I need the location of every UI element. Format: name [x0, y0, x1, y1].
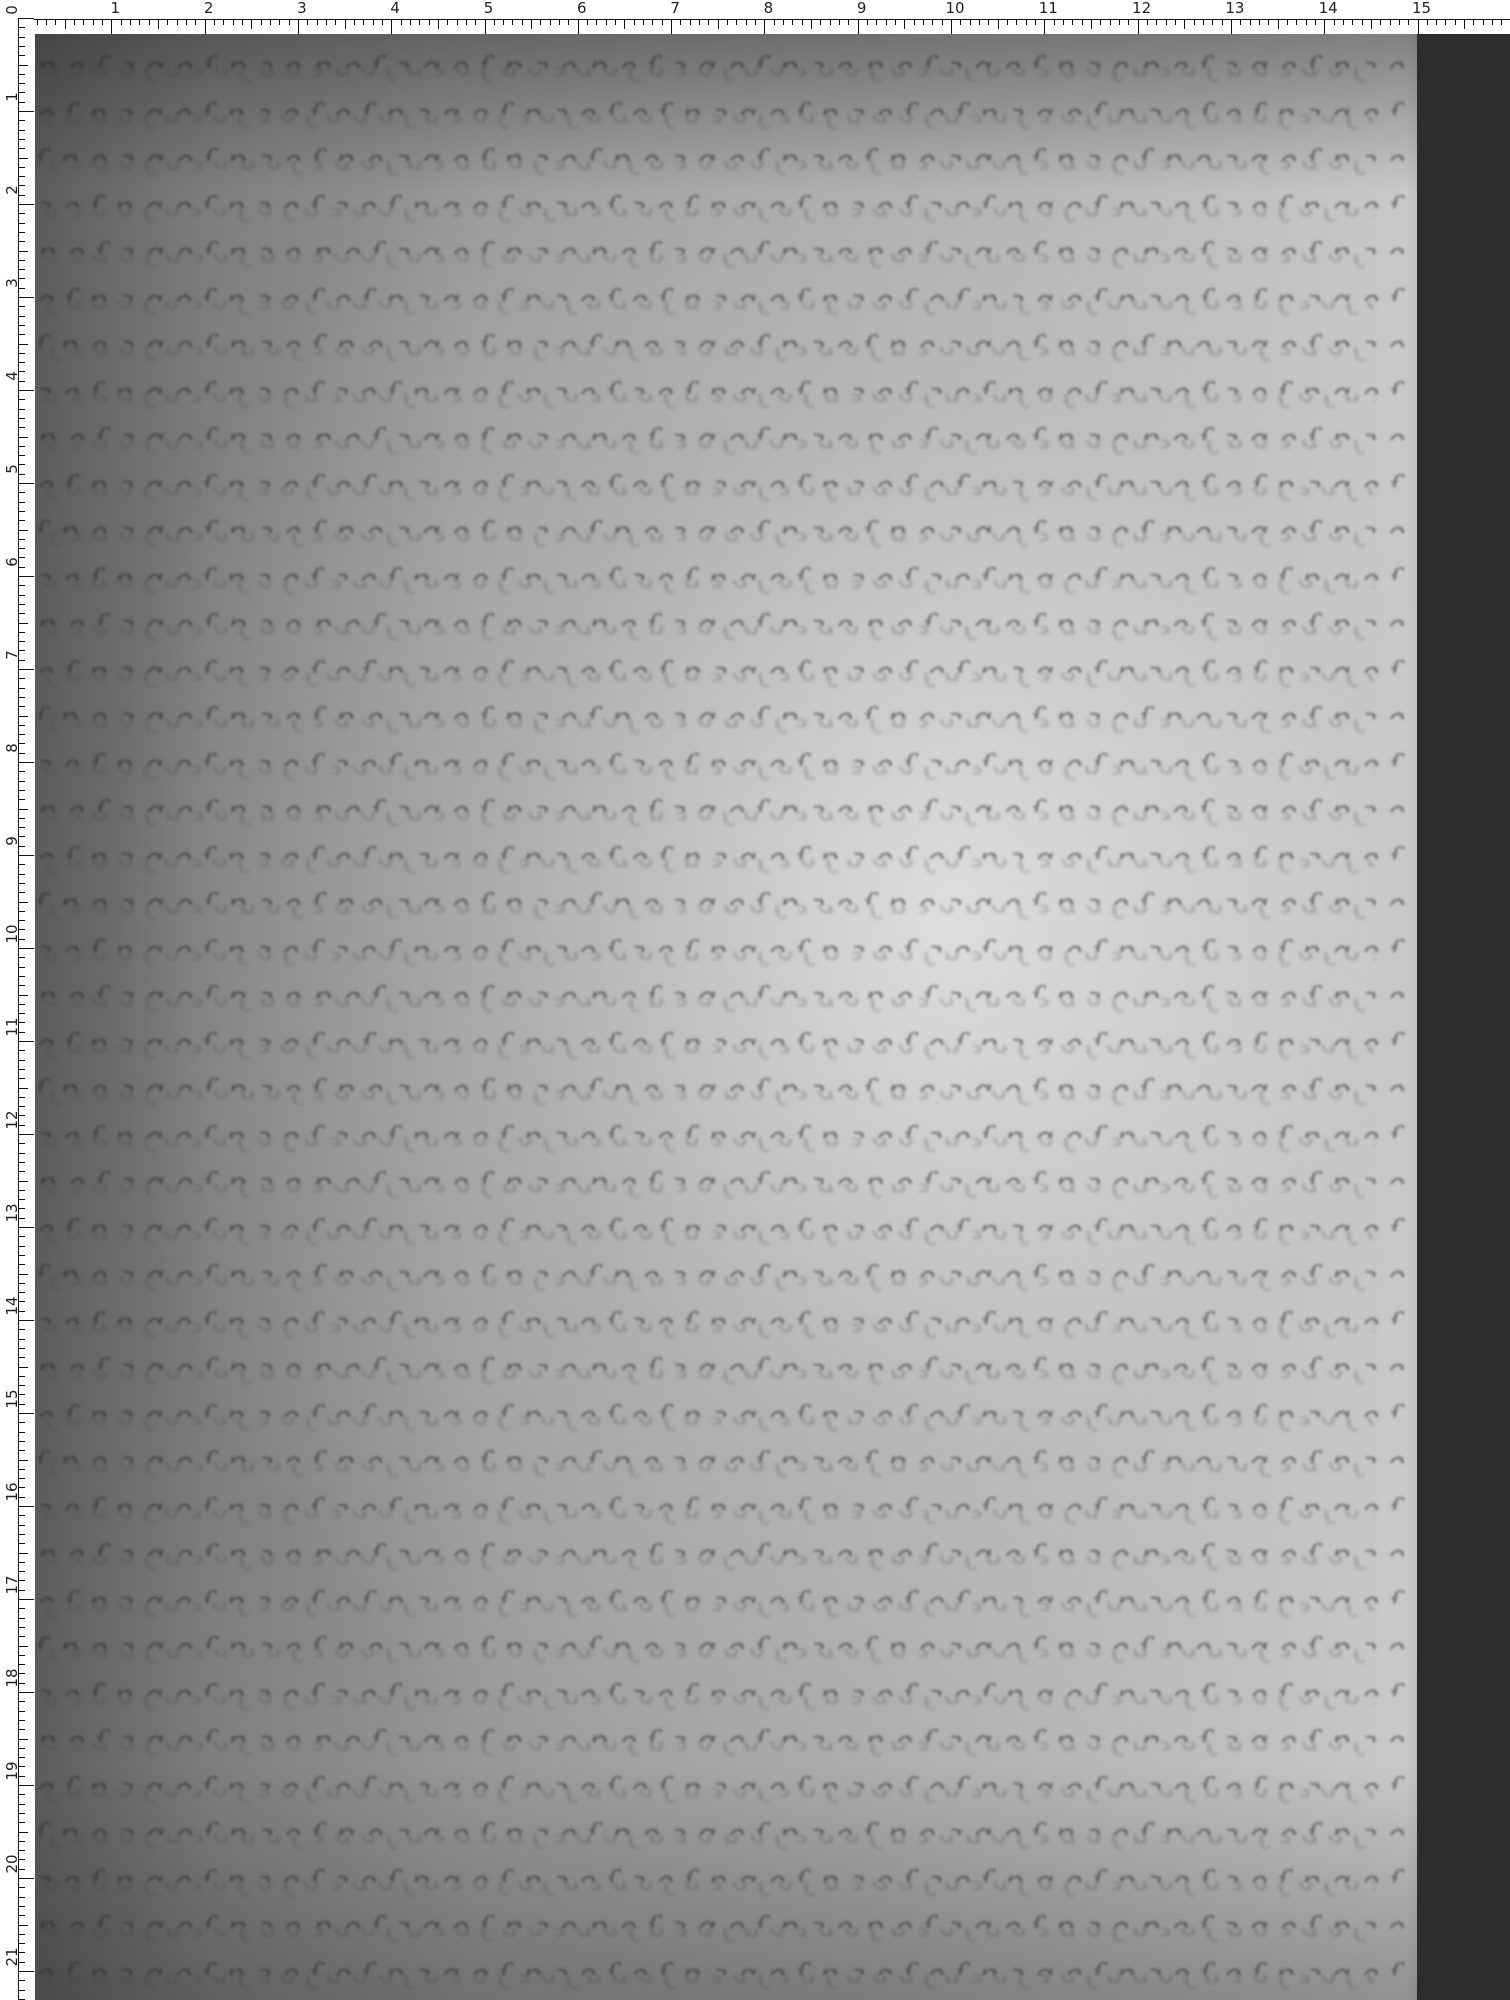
top-ruler-tick — [503, 19, 504, 25]
top-ruler-tick — [261, 19, 262, 25]
top-ruler-tick — [149, 19, 150, 25]
top-ruler-label: 11 — [1039, 0, 1058, 16]
left-ruler-tick — [18, 1060, 25, 1061]
top-ruler-label: 12 — [1132, 0, 1151, 16]
top-ruler-tick — [1212, 19, 1213, 25]
top-ruler-tick — [1306, 19, 1307, 25]
left-ruler-tick — [18, 27, 25, 28]
top-ruler-tick — [671, 19, 672, 34]
left-ruler-tick — [18, 641, 25, 642]
top-ruler-tick — [242, 19, 243, 25]
left-ruler-label: 14 — [4, 1294, 20, 1318]
top-ruler: 0123456789101112131415 — [0, 0, 1510, 34]
top-ruler-tick — [783, 19, 784, 25]
left-ruler-label: 12 — [4, 1108, 20, 1132]
top-ruler-tick — [429, 19, 430, 25]
left-ruler-tick — [18, 1078, 25, 1079]
top-ruler-tick — [1268, 19, 1269, 25]
left-ruler-tick — [18, 251, 28, 252]
left-ruler-tick — [18, 883, 25, 884]
top-ruler-tick — [195, 19, 196, 25]
top-ruler-tick — [1156, 19, 1157, 25]
left-ruler-tick — [18, 1264, 25, 1265]
top-ruler-tick — [802, 19, 803, 25]
left-ruler-tick — [18, 1757, 25, 1758]
left-ruler-tick — [18, 269, 25, 270]
top-ruler-tick — [438, 19, 439, 29]
left-ruler-tick — [18, 418, 25, 419]
left-ruler-tick — [18, 437, 28, 438]
left-ruler-label: 13 — [4, 1201, 20, 1225]
top-ruler-tick — [764, 19, 765, 34]
left-ruler-label: 8 — [4, 736, 20, 760]
top-ruler-tick — [1399, 19, 1400, 25]
top-ruler-tick — [1343, 19, 1344, 25]
left-ruler-tick — [18, 1283, 25, 1284]
left-ruler-tick — [18, 1236, 25, 1237]
left-ruler-tick — [18, 1720, 25, 1721]
left-ruler-tick — [18, 1543, 25, 1544]
top-ruler-tick — [662, 19, 663, 25]
top-ruler-tick — [1427, 19, 1428, 25]
left-ruler-label: 4 — [4, 364, 20, 388]
left-ruler-tick — [18, 1357, 25, 1358]
top-ruler-tick — [1418, 19, 1419, 34]
top-ruler-tick — [727, 19, 728, 25]
left-ruler-tick — [18, 1739, 28, 1740]
left-ruler-tick — [18, 697, 25, 698]
top-ruler-tick — [475, 19, 476, 25]
left-ruler-tick — [18, 669, 34, 670]
top-ruler-tick — [848, 19, 849, 25]
top-ruler-tick — [74, 19, 75, 25]
left-ruler-label: 16 — [4, 1480, 20, 1504]
top-ruler-tick — [130, 19, 131, 25]
top-ruler-tick — [970, 19, 971, 25]
left-ruler-tick — [18, 455, 25, 456]
left-ruler-tick — [18, 1432, 25, 1433]
top-ruler-tick — [233, 19, 234, 25]
top-ruler-tick — [960, 19, 961, 25]
top-ruler-tick — [1222, 19, 1223, 25]
left-ruler-tick — [18, 1646, 28, 1647]
left-ruler-tick — [18, 390, 34, 391]
left-ruler-tick — [18, 1822, 25, 1823]
left-ruler-tick — [18, 130, 25, 131]
top-ruler-tick — [923, 19, 924, 25]
left-ruler-tick — [18, 1897, 25, 1898]
top-ruler-tick — [363, 19, 364, 25]
top-ruler-tick — [512, 19, 513, 25]
top-ruler-tick — [1194, 19, 1195, 25]
top-ruler-label: 7 — [670, 0, 680, 16]
top-ruler-tick — [494, 19, 495, 25]
left-ruler-tick — [18, 409, 25, 410]
left-ruler-tick — [18, 678, 25, 679]
top-ruler-tick — [177, 19, 178, 25]
left-ruler-tick — [18, 1274, 28, 1275]
top-ruler-tick — [540, 19, 541, 25]
top-ruler-tick — [792, 19, 793, 25]
top-ruler-tick — [93, 19, 94, 25]
left-ruler-tick — [18, 232, 25, 233]
left-ruler-tick — [18, 55, 25, 56]
left-ruler-tick — [18, 1460, 28, 1461]
top-ruler-tick — [111, 19, 112, 34]
top-ruler-tick — [1035, 19, 1036, 25]
top-ruler-tick — [568, 19, 569, 25]
top-ruler-tick — [876, 19, 877, 25]
top-ruler-tick — [1483, 19, 1484, 25]
top-ruler-tick — [606, 19, 607, 25]
top-ruler-tick — [904, 19, 905, 29]
top-ruler-tick — [1091, 19, 1092, 29]
top-ruler-tick — [1259, 19, 1260, 25]
top-ruler-tick — [270, 19, 271, 25]
left-ruler-tick — [18, 1041, 34, 1042]
left-ruler-tick — [18, 37, 25, 38]
top-ruler-tick — [559, 19, 560, 25]
top-ruler-tick — [65, 19, 66, 29]
left-ruler-tick — [18, 1832, 28, 1833]
top-ruler-tick — [102, 19, 103, 25]
top-ruler-tick — [391, 19, 392, 34]
left-ruler-tick — [18, 1692, 34, 1693]
left-ruler-tick — [18, 1971, 34, 1972]
left-ruler-tick — [18, 74, 25, 75]
left-ruler-tick — [18, 1134, 34, 1135]
top-ruler-tick — [1287, 19, 1288, 25]
left-ruler-tick — [18, 1367, 28, 1368]
left-ruler-tick — [18, 1255, 25, 1256]
left-ruler-tick — [18, 1506, 34, 1507]
left-ruler-tick — [18, 1608, 25, 1609]
left-ruler-tick — [18, 604, 25, 605]
left-ruler-tick — [18, 1292, 25, 1293]
top-ruler-tick — [979, 19, 980, 25]
left-ruler-tick — [18, 1664, 25, 1665]
top-ruler-tick — [596, 19, 597, 25]
top-ruler-tick — [634, 19, 635, 25]
left-ruler-tick — [18, 483, 34, 484]
left-ruler-tick — [18, 492, 25, 493]
left-ruler-tick — [18, 1627, 25, 1628]
top-ruler-label: 10 — [945, 0, 964, 16]
left-ruler-tick — [18, 1171, 25, 1172]
left-ruler-tick — [18, 1199, 25, 1200]
top-ruler-tick — [755, 19, 756, 25]
top-ruler-tick — [326, 19, 327, 25]
left-ruler-tick — [18, 353, 25, 354]
left-ruler-tick — [18, 111, 34, 112]
left-ruler-tick — [18, 1534, 25, 1535]
left-ruler-tick — [18, 1655, 25, 1656]
left-ruler-tick — [18, 1804, 25, 1805]
top-ruler-tick — [1473, 19, 1474, 25]
top-ruler-tick — [485, 19, 486, 34]
top-ruler-tick — [1436, 19, 1437, 25]
left-ruler-tick — [18, 809, 28, 810]
left-ruler-tick — [18, 502, 25, 503]
left-ruler-label: 7 — [4, 643, 20, 667]
left-ruler-tick — [18, 1227, 34, 1228]
left-ruler: 0123456789101112131415161718192021 — [0, 0, 34, 2000]
left-ruler-tick — [18, 762, 34, 763]
top-ruler-label: 1 — [111, 0, 121, 16]
left-ruler-tick — [18, 1088, 28, 1089]
left-ruler-tick — [18, 1571, 25, 1572]
top-ruler-tick — [1315, 19, 1316, 25]
left-ruler-tick — [18, 1618, 25, 1619]
left-ruler-label: 10 — [4, 922, 20, 946]
left-ruler-tick — [18, 1422, 25, 1423]
left-ruler-tick — [18, 1004, 25, 1005]
left-ruler-tick — [18, 204, 34, 205]
left-ruler-tick — [18, 1562, 25, 1563]
left-ruler-tick — [18, 948, 34, 949]
left-ruler-tick — [18, 827, 25, 828]
top-ruler-tick — [1296, 19, 1297, 25]
left-ruler-tick — [18, 1934, 25, 1935]
top-ruler-tick — [251, 19, 252, 29]
top-ruler-tick — [624, 19, 625, 29]
top-ruler-tick — [121, 19, 122, 25]
left-ruler-tick — [18, 167, 25, 168]
left-ruler-tick — [18, 1097, 25, 1098]
left-ruler-tick — [18, 576, 34, 577]
top-ruler-tick — [186, 19, 187, 25]
top-ruler-tick — [1231, 19, 1232, 34]
top-ruler-tick — [298, 19, 299, 34]
left-ruler-tick — [18, 706, 25, 707]
top-ruler-tick — [1110, 19, 1111, 25]
top-ruler-tick — [1063, 19, 1064, 25]
top-ruler-label: 9 — [857, 0, 867, 16]
top-ruler-tick — [988, 19, 989, 25]
left-ruler-tick — [18, 967, 25, 968]
left-ruler-tick — [18, 1711, 25, 1712]
left-ruler-tick — [18, 334, 25, 335]
top-ruler-tick — [1175, 19, 1176, 25]
top-ruler-tick — [811, 19, 812, 29]
left-ruler-tick — [18, 446, 25, 447]
top-ruler-tick — [1492, 19, 1493, 25]
top-ruler-tick — [1007, 19, 1008, 25]
left-ruler-tick — [18, 1553, 28, 1554]
top-ruler-tick — [1147, 19, 1148, 25]
top-ruler-tick — [1501, 19, 1502, 25]
left-ruler-tick — [18, 83, 25, 84]
top-ruler-tick — [1128, 19, 1129, 25]
left-ruler-tick — [18, 148, 25, 149]
left-ruler-tick — [18, 734, 25, 735]
left-ruler-tick — [18, 1478, 25, 1479]
top-ruler-tick — [214, 19, 215, 25]
top-ruler-tick — [1278, 19, 1279, 29]
top-ruler-tick — [736, 19, 737, 25]
left-ruler-tick — [18, 1887, 25, 1888]
top-ruler-tick — [335, 19, 336, 25]
left-ruler-tick — [18, 1246, 25, 1247]
top-ruler-tick — [699, 19, 700, 25]
top-ruler-label: 14 — [1319, 0, 1338, 16]
left-ruler-tick — [18, 139, 25, 140]
left-ruler-tick — [18, 1441, 25, 1442]
top-ruler-tick — [167, 19, 168, 25]
top-ruler-tick — [690, 19, 691, 25]
top-ruler-tick — [942, 19, 943, 25]
top-ruler-tick — [1016, 19, 1017, 25]
left-ruler-label: 19 — [4, 1759, 20, 1783]
top-ruler-label: 2 — [204, 0, 214, 16]
left-ruler-tick — [18, 1385, 25, 1386]
left-ruler-tick — [18, 316, 25, 317]
left-ruler-tick — [18, 325, 25, 326]
left-ruler-tick — [18, 799, 25, 800]
left-ruler-tick — [18, 1143, 25, 1144]
top-ruler-tick — [1390, 19, 1391, 25]
top-ruler-tick — [531, 19, 532, 29]
left-ruler-tick — [18, 688, 25, 689]
top-ruler-tick — [1072, 19, 1073, 25]
top-ruler-tick — [1362, 19, 1363, 25]
left-ruler-tick — [18, 158, 28, 159]
left-ruler-tick — [18, 1190, 25, 1191]
top-ruler-tick — [401, 19, 402, 25]
left-ruler-tick — [18, 1162, 25, 1163]
top-ruler-tick — [708, 19, 709, 25]
left-ruler-tick — [18, 1050, 25, 1051]
top-ruler-tick — [830, 19, 831, 25]
left-ruler-tick — [18, 1748, 25, 1749]
top-ruler-label: 3 — [297, 0, 307, 16]
left-ruler-tick — [18, 1329, 25, 1330]
left-ruler-tick — [18, 1980, 25, 1981]
top-ruler-tick — [1184, 19, 1185, 29]
top-ruler-tick — [83, 19, 84, 25]
top-ruler-tick — [55, 19, 56, 25]
top-ruler-tick — [1044, 19, 1045, 34]
top-ruler-label: 4 — [390, 0, 400, 16]
left-ruler-tick — [18, 864, 25, 865]
left-ruler-tick — [18, 781, 25, 782]
left-ruler-tick — [18, 548, 25, 549]
left-ruler-tick — [18, 306, 25, 307]
top-ruler-tick — [447, 19, 448, 25]
top-ruler-tick — [652, 19, 653, 25]
left-ruler-tick — [18, 530, 28, 531]
top-ruler-tick — [345, 19, 346, 29]
left-ruler-tick — [18, 1069, 25, 1070]
left-ruler-tick — [18, 818, 25, 819]
top-ruler-label: 6 — [577, 0, 587, 16]
top-ruler-tick — [774, 19, 775, 25]
top-ruler-tick — [867, 19, 868, 25]
top-ruler-tick — [46, 19, 47, 25]
left-ruler-tick — [18, 902, 28, 903]
top-ruler-tick — [643, 19, 644, 25]
top-ruler-tick — [932, 19, 933, 25]
left-ruler-tick — [18, 725, 25, 726]
top-ruler-tick — [158, 19, 159, 29]
left-ruler-tick — [18, 427, 25, 428]
top-ruler-tick — [1250, 19, 1251, 25]
top-ruler-tick — [746, 19, 747, 25]
top-ruler-tick — [886, 19, 887, 25]
top-ruler-tick — [373, 19, 374, 25]
top-ruler-tick — [382, 19, 383, 25]
top-ruler-label: 8 — [764, 0, 774, 16]
top-ruler-tick — [354, 19, 355, 25]
left-ruler-tick — [18, 911, 25, 912]
left-ruler-tick — [18, 176, 25, 177]
left-ruler-tick — [18, 1850, 25, 1851]
left-ruler-tick — [18, 1878, 34, 1879]
left-ruler-tick — [18, 18, 34, 19]
top-ruler-tick — [1138, 19, 1139, 34]
left-ruler-label: 15 — [4, 1387, 20, 1411]
left-ruler-tick — [18, 1906, 25, 1907]
left-ruler-tick — [18, 855, 34, 856]
left-ruler-tick — [18, 716, 28, 717]
left-ruler-label: 0 — [4, 0, 20, 22]
left-ruler-label: 3 — [4, 271, 20, 295]
top-ruler-tick — [307, 19, 308, 25]
left-ruler-tick — [18, 623, 28, 624]
left-ruler-tick — [18, 920, 25, 921]
left-ruler-tick — [18, 223, 25, 224]
left-ruler-label: 17 — [4, 1573, 20, 1597]
left-ruler-label: 11 — [4, 1015, 20, 1039]
top-ruler-tick — [615, 19, 616, 25]
left-ruler-label: 9 — [4, 829, 20, 853]
left-ruler-tick — [18, 260, 25, 261]
left-ruler-tick — [18, 1450, 25, 1451]
left-ruler-tick — [18, 1469, 25, 1470]
left-ruler-label: 20 — [4, 1852, 20, 1876]
top-ruler-tick — [1054, 19, 1055, 25]
top-ruler-tick — [317, 19, 318, 25]
top-ruler-tick — [1334, 19, 1335, 25]
top-ruler-tick — [1166, 19, 1167, 25]
top-ruler-tick — [587, 19, 588, 25]
left-ruler-tick — [18, 790, 25, 791]
left-ruler-tick — [18, 771, 25, 772]
top-ruler-tick — [914, 19, 915, 25]
left-ruler-tick — [18, 976, 25, 977]
top-ruler-tick — [895, 19, 896, 25]
top-ruler-tick — [951, 19, 952, 34]
left-ruler-tick — [18, 65, 28, 66]
top-ruler-tick — [139, 19, 140, 25]
top-ruler-tick — [1119, 19, 1120, 25]
left-ruler-tick — [18, 344, 28, 345]
top-ruler-tick — [578, 19, 579, 34]
top-ruler-tick — [205, 19, 206, 34]
left-ruler-tick — [18, 539, 25, 540]
left-ruler-tick — [18, 1181, 28, 1182]
left-ruler-tick — [18, 957, 25, 958]
left-ruler-label: 6 — [4, 550, 20, 574]
top-ruler-tick — [1324, 19, 1325, 34]
left-ruler-tick — [18, 874, 25, 875]
left-ruler-tick — [18, 1841, 25, 1842]
top-ruler-label: 15 — [1412, 0, 1431, 16]
top-ruler-tick — [466, 19, 467, 25]
top-ruler-tick — [820, 19, 821, 25]
left-ruler-tick — [18, 520, 25, 521]
left-ruler-tick — [18, 46, 25, 47]
